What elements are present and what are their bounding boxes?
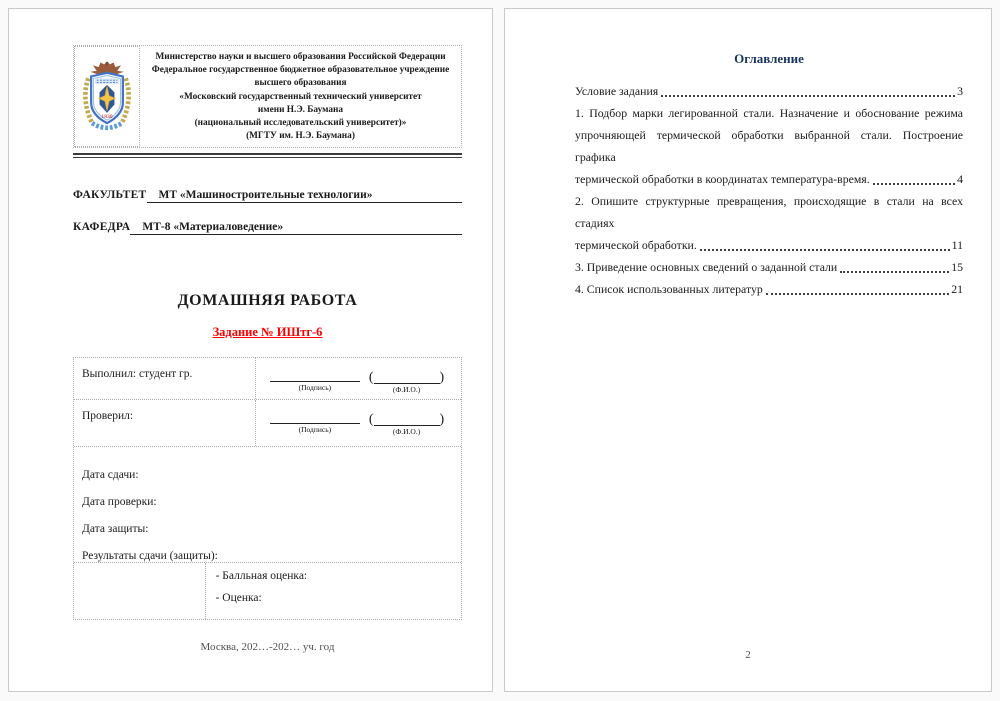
toc-entry-line[interactable]: термической обработки в координатах темп… bbox=[575, 168, 963, 190]
emblem-year: 1830 bbox=[101, 114, 112, 120]
signature-line[interactable] bbox=[270, 413, 360, 424]
department-label: КАФЕДРА bbox=[73, 221, 130, 233]
signature-block: (Подпись) ( ) (Ф.И.О.) bbox=[270, 413, 453, 436]
toc-entry-line[interactable]: 3. Приведение основных сведений о заданн… bbox=[575, 256, 963, 278]
toc-entry-text: термической обработки. bbox=[575, 234, 697, 256]
checked-by-cell: Проверил: bbox=[74, 400, 256, 446]
date-line: Дата защиты: bbox=[82, 523, 453, 550]
signature-caption: (Подпись) bbox=[270, 425, 360, 434]
ministry-line: высшего образования bbox=[144, 77, 457, 90]
toc-entry[interactable]: 2. Опишите структурные превращения, прои… bbox=[575, 190, 963, 256]
faculty-label: ФАКУЛЬТЕТ bbox=[73, 189, 147, 201]
toc-page-number: 15 bbox=[951, 256, 963, 278]
toc-entry-line[interactable]: термической обработки. 11 bbox=[575, 234, 963, 256]
toc-entry-text: 2. Опишите структурные превращения, прои… bbox=[575, 190, 963, 234]
checked-signature-cell: (Подпись) ( ) (Ф.И.О.) bbox=[256, 400, 461, 446]
fio-line[interactable] bbox=[374, 373, 440, 384]
fio-line-area: ( ) (Ф.И.О.) bbox=[369, 371, 444, 394]
toc-page-number: 3 bbox=[957, 80, 963, 102]
fio-paren-row: ( ) bbox=[369, 371, 444, 384]
toc-entry[interactable]: 4. Список использованных литератур 21 bbox=[575, 278, 963, 300]
signature-line[interactable] bbox=[270, 371, 360, 382]
fio-caption: (Ф.И.О.) bbox=[369, 385, 444, 394]
page-2: Оглавление Условие задания 3 1. Подбор м… bbox=[504, 8, 992, 692]
date-line: Дата проверки: bbox=[82, 496, 453, 523]
city-year-footer: Москва, 202…-202… уч. год bbox=[73, 641, 462, 653]
toc-entry[interactable]: 1. Подбор марки легированной стали. Назн… bbox=[575, 102, 963, 190]
document-title: ДОМАШНЯЯ РАБОТА bbox=[73, 292, 462, 310]
date-line: Результаты сдачи (защиты): bbox=[82, 550, 453, 562]
toc-entry-text: Условие задания bbox=[575, 80, 658, 102]
scores-cell: - Балльная оценка: - Оценка: bbox=[206, 563, 461, 619]
toc-page-number: 21 bbox=[951, 278, 963, 300]
fio-line-area: ( ) (Ф.И.О.) bbox=[369, 413, 444, 436]
paren-close: ) bbox=[440, 371, 445, 384]
signature-line-area: (Подпись) bbox=[270, 371, 360, 394]
toc-entry-line[interactable]: 4. Список использованных литератур 21 bbox=[575, 278, 963, 300]
department-row: КАФЕДРА МТ-8 «Материаловедение» bbox=[73, 221, 462, 235]
toc-page-number: 4 bbox=[957, 168, 963, 190]
faculty-value: МТ «Машиностроительные технологии» bbox=[147, 189, 462, 203]
performed-by-cell: Выполнил: студент гр. bbox=[74, 358, 256, 399]
table-row: - Балльная оценка: - Оценка: bbox=[74, 563, 461, 619]
toc-entry-text: термической обработки в координатах темп… bbox=[575, 168, 870, 190]
toc-page-number: 11 bbox=[952, 234, 963, 256]
dot-leader bbox=[700, 249, 950, 251]
table-row: Проверил: (Подпись) ( ) bbox=[74, 400, 461, 447]
page-2-content: Оглавление Условие задания 3 1. Подбор м… bbox=[505, 9, 991, 691]
signature-block: (Подпись) ( ) (Ф.И.О.) bbox=[270, 371, 453, 394]
bauman-emblem-icon: 1830 bbox=[79, 59, 135, 135]
signature-line-area: (Подпись) bbox=[270, 413, 360, 436]
fio-caption: (Ф.И.О.) bbox=[369, 427, 444, 436]
score-line: - Балльная оценка: bbox=[216, 570, 453, 592]
signature-caption: (Подпись) bbox=[270, 383, 360, 392]
performed-signature-cell: (Подпись) ( ) (Ф.И.О.) bbox=[256, 358, 461, 399]
faculty-row: ФАКУЛЬТЕТ МТ «Машиностроительные техноло… bbox=[73, 189, 462, 203]
ministry-line: (национальный исследовательский универси… bbox=[144, 117, 457, 130]
date-line: Дата сдачи: bbox=[82, 469, 453, 496]
empty-cell bbox=[74, 563, 206, 619]
score-line: - Оценка: bbox=[216, 592, 453, 614]
department-value: МТ-8 «Материаловедение» bbox=[130, 221, 462, 235]
ministry-text-block: Министерство науки и высшего образования… bbox=[140, 46, 461, 147]
toc-entry-line[interactable]: Условие задания 3 bbox=[575, 80, 963, 102]
toc-entry-text: 1. Подбор марки легированной стали. Назн… bbox=[575, 102, 963, 124]
ministry-line: имени Н.Э. Баумана bbox=[144, 104, 457, 117]
dot-leader bbox=[661, 95, 955, 97]
toc-entry-text: 3. Приведение основных сведений о заданн… bbox=[575, 256, 837, 278]
fio-paren-row: ( ) bbox=[369, 413, 444, 426]
ministry-line: «Московский государственный технический … bbox=[144, 91, 457, 104]
toc-entry-text: упрочняющей термической обработки выбран… bbox=[575, 124, 963, 168]
table-row: Выполнил: студент гр. (Подпись) ( ) bbox=[74, 358, 461, 400]
ministry-line: Министерство науки и высшего образования… bbox=[144, 51, 457, 64]
paren-close: ) bbox=[440, 413, 445, 426]
toc-entry-text: 4. Список использованных литератур bbox=[575, 278, 763, 300]
ministry-line: (МГТУ им. Н.Э. Баумана) bbox=[144, 130, 457, 143]
toc-title: Оглавление bbox=[575, 51, 963, 67]
fio-line[interactable] bbox=[374, 415, 440, 426]
page-number: 2 bbox=[505, 649, 991, 661]
dot-leader bbox=[766, 293, 949, 295]
double-rule-divider bbox=[73, 153, 462, 158]
dot-leader bbox=[840, 271, 949, 273]
signoff-table: Выполнил: студент гр. (Подпись) ( ) bbox=[73, 357, 462, 620]
dot-leader bbox=[873, 183, 955, 185]
ministry-line: Федеральное государственное бюджетное об… bbox=[144, 64, 457, 77]
assignment-subtitle: Задание № ИШтг-6 bbox=[73, 325, 462, 340]
page-1: 1830 Министерство науки и высшего образо… bbox=[8, 8, 493, 692]
toc-entry[interactable]: 3. Приведение основных сведений о заданн… bbox=[575, 256, 963, 278]
university-header-box: 1830 Министерство науки и высшего образо… bbox=[73, 45, 462, 148]
dates-cell: Дата сдачи: Дата проверки: Дата защиты: … bbox=[74, 447, 461, 563]
toc-entry[interactable]: Условие задания 3 bbox=[575, 80, 963, 102]
page-1-content: 1830 Министерство науки и высшего образо… bbox=[9, 9, 492, 691]
university-emblem-cell: 1830 bbox=[74, 46, 140, 147]
